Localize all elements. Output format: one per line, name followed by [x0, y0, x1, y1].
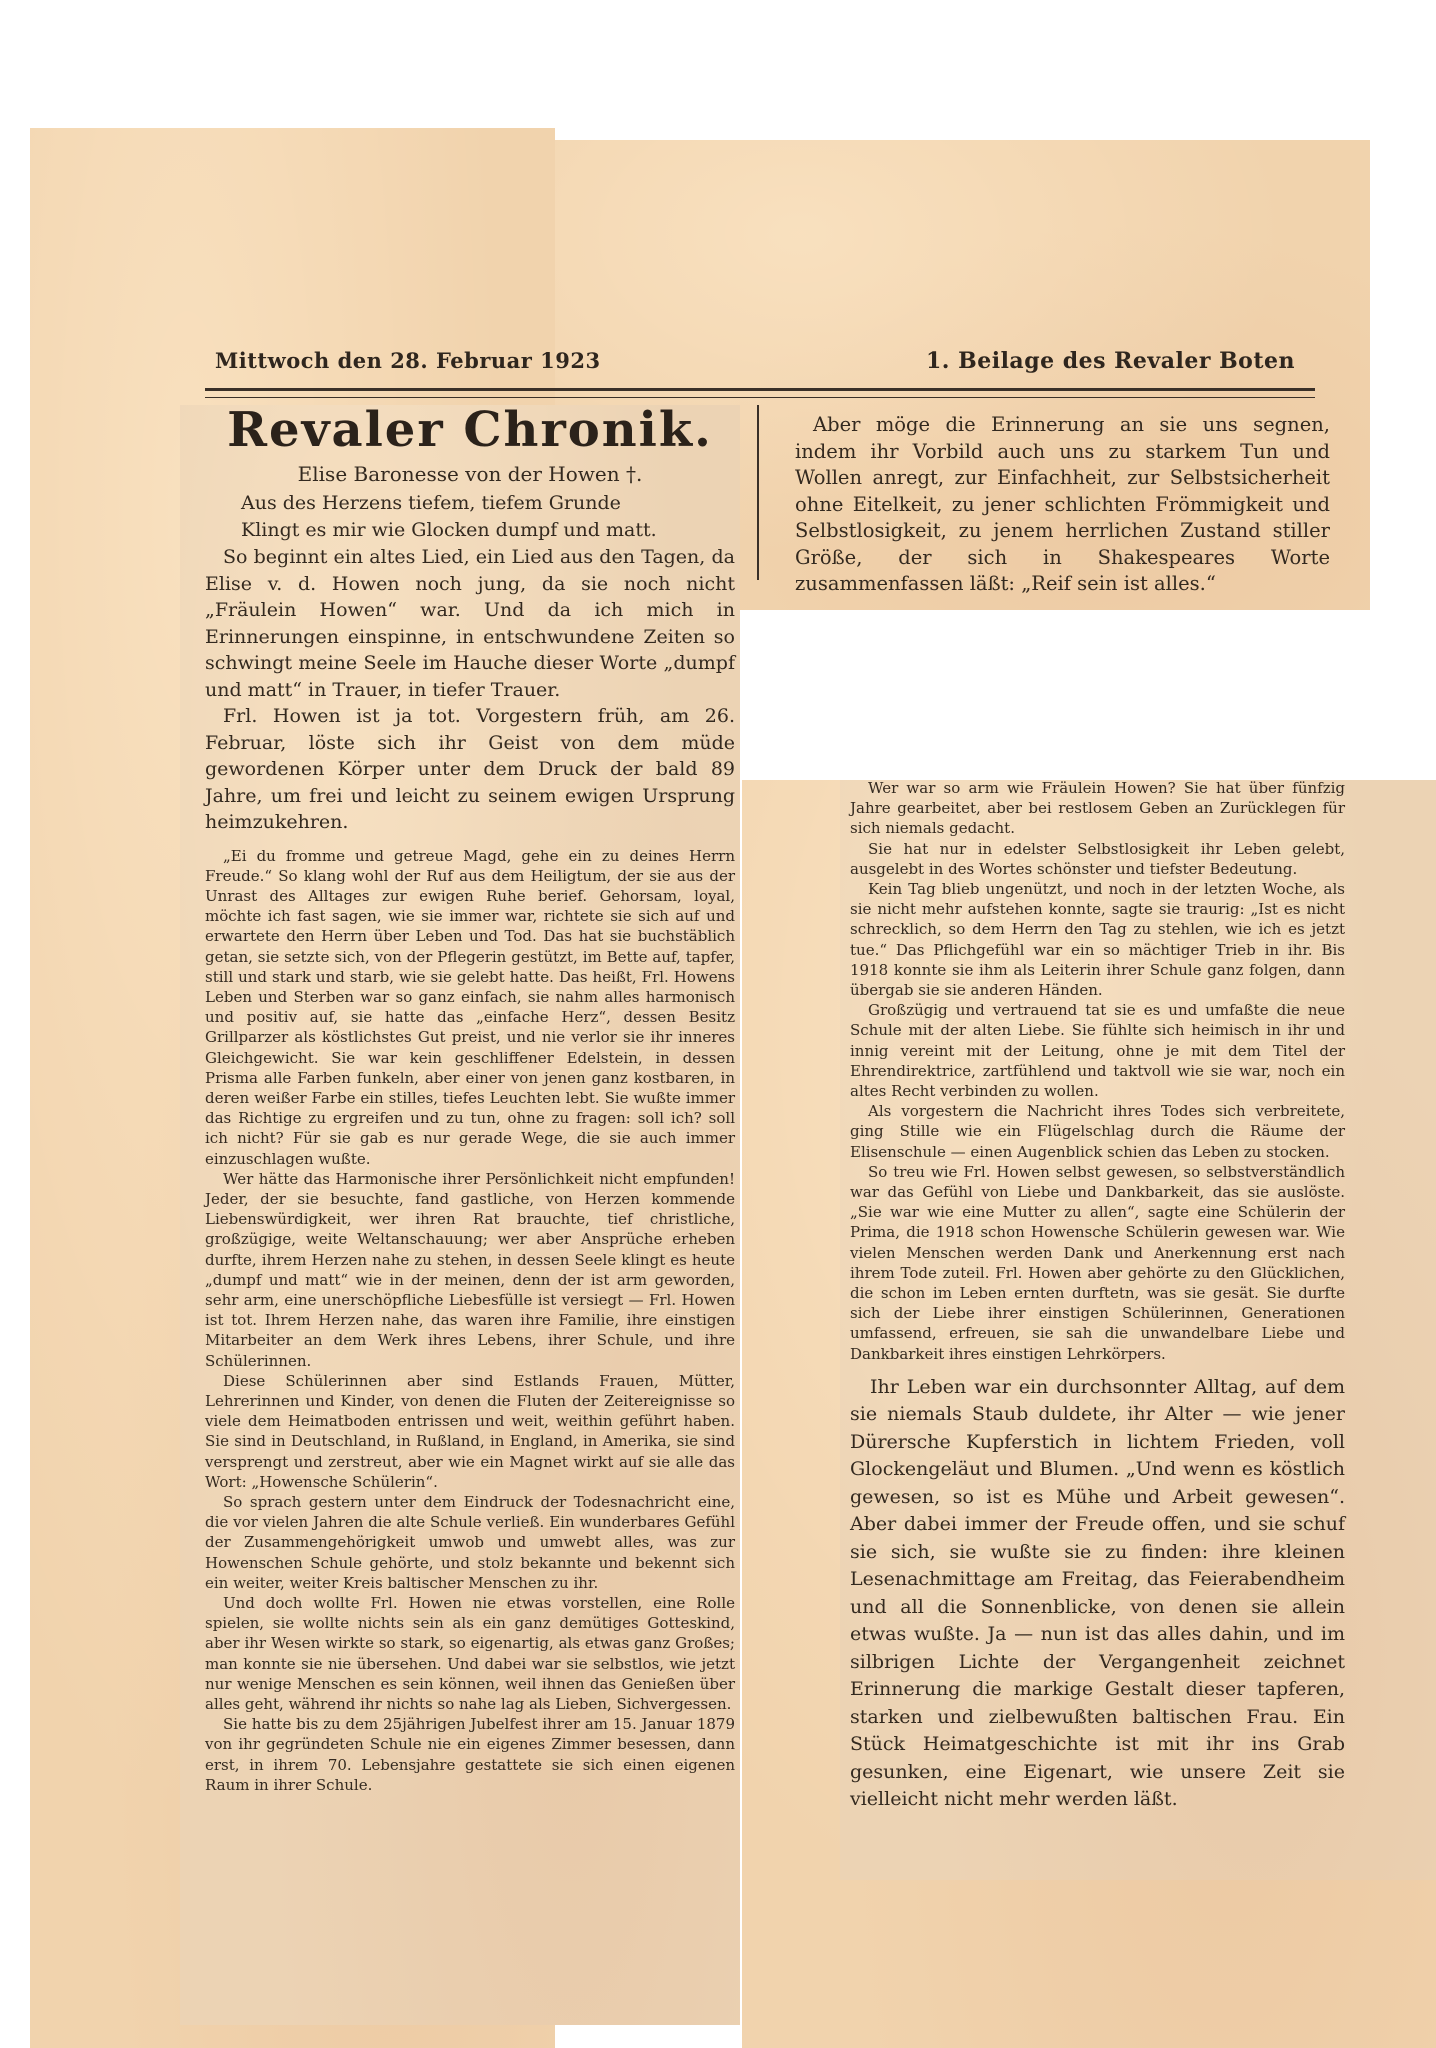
paragraph: Wer war so arm wie Fräulein Howen? Sie h…	[850, 778, 1345, 839]
paragraph: Wer hätte das Harmonische ihrer Persönli…	[205, 1169, 735, 1371]
paragraph: Kein Tag blieb ungenützt, und noch in de…	[850, 879, 1345, 1000]
obituary-title: Elise Baronesse von der Howen †.	[205, 462, 735, 486]
paragraph: „Ei du fromme und getreue Magd, gehe ein…	[205, 846, 735, 1169]
paragraph: So beginnt ein altes Lied, ein Lied aus …	[205, 544, 735, 703]
section-masthead: Revaler Chronik.	[205, 402, 735, 458]
paragraph: Frl. Howen ist ja tot. Vorgestern früh, …	[205, 703, 735, 836]
paragraph: Als vorgestern die Nachricht ihres Todes…	[850, 1101, 1345, 1162]
poem-line: Aus des Herzens tiefem, tiefem Grunde	[241, 490, 735, 517]
paragraph: Aber möge die Erinnerung an sie uns segn…	[795, 412, 1330, 598]
header-rule	[205, 388, 1315, 398]
poem-line: Klingt es mir wie Glocken dumpf und matt…	[241, 517, 735, 544]
paragraph: Diese Schülerinnen aber sind Estlands Fr…	[205, 1371, 735, 1492]
column-divider	[757, 405, 759, 580]
paragraph: So sprach gestern unter dem Eindruck der…	[205, 1492, 735, 1593]
paragraph: Sie hatte bis zu dem 25jährigen Jubelfes…	[205, 1714, 735, 1795]
paragraph: So treu wie Frl. Howen selbst gewesen, s…	[850, 1162, 1345, 1364]
paragraph: Großzügig und vertrauend tat sie es und …	[850, 1000, 1345, 1101]
right-lower-column: Wer war so arm wie Fräulein Howen? Sie h…	[850, 778, 1345, 1814]
newspaper-header: Mittwoch den 28. Februar 1923 1. Beilage…	[205, 348, 1315, 388]
closing-paragraph: Ihr Leben war ein durchsonnter Alltag, a…	[850, 1374, 1345, 1814]
issue-date: Mittwoch den 28. Februar 1923	[215, 348, 601, 373]
left-column: Revaler Chronik. Elise Baronesse von der…	[205, 402, 735, 1795]
paragraph: Sie hat nur in edelster Selbstlosigkeit …	[850, 839, 1345, 879]
poem-quote: Aus des Herzens tiefem, tiefem Grunde Kl…	[205, 490, 735, 544]
paragraph: Und doch wollte Frl. Howen nie etwas vor…	[205, 1593, 735, 1714]
right-top-column: Aber möge die Erinnerung an sie uns segn…	[795, 412, 1330, 598]
supplement-title: 1. Beilage des Revaler Boten	[926, 348, 1295, 374]
